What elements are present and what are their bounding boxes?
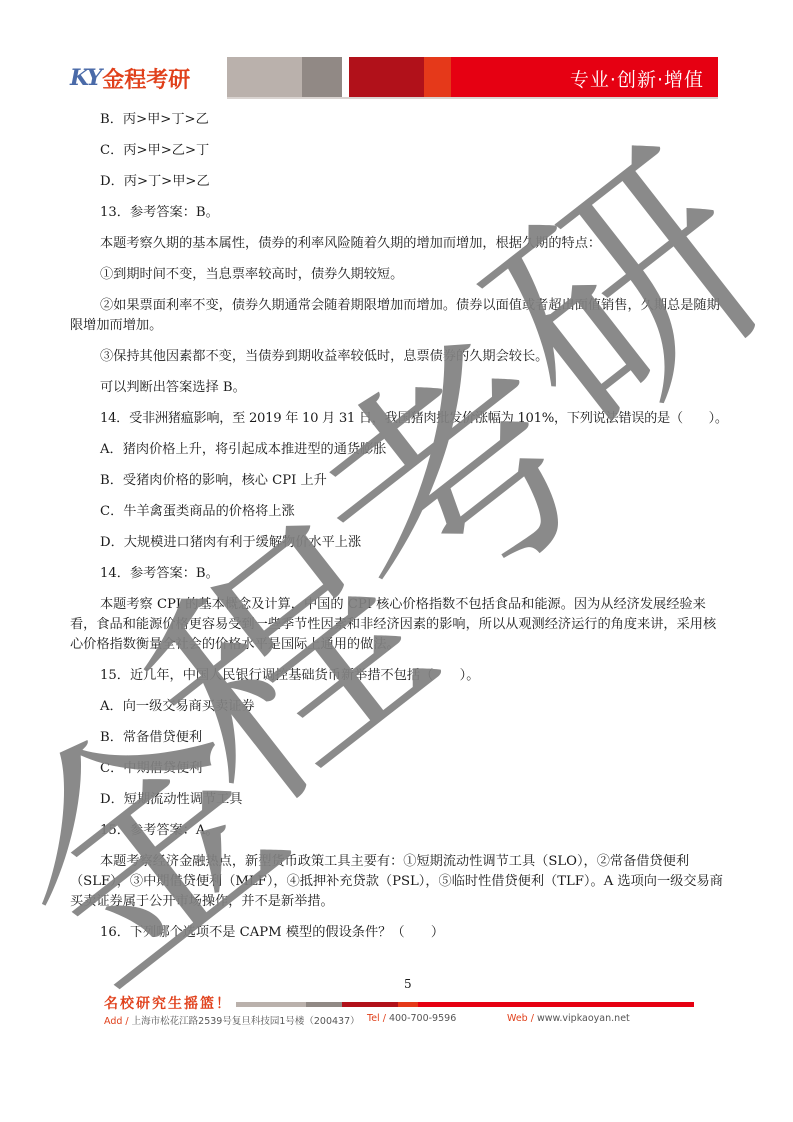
address-value: 上海市松花江路2539号复旦科技园1号楼（200437） <box>132 1016 360 1027</box>
explanation-q14: 本题考察 CPI 的基本概念及计算，中国的 CPI 核心价格指数不包括食品和能源… <box>70 595 725 655</box>
logo-mark-icon: KY <box>70 65 100 91</box>
option-q14-a: A．猪肉价格上升，将引起成本推进型的通货膨胀 <box>70 440 725 460</box>
option-q14-c: C．牛羊禽蛋类商品的价格将上涨 <box>70 502 725 522</box>
question-16: 16．下列哪个选项不是 CAPM 模型的假设条件？（ ） <box>70 923 725 943</box>
explanation-q13-conclusion: 可以判断出答案选择 B。 <box>70 378 725 398</box>
footer-address: Add / 上海市松花江路2539号复旦科技园1号楼（200437） <box>104 1013 360 1027</box>
explanation-q13-point-3: ③保持其他因素都不变，当债券到期收益率较低时，息票债券的久期会较长。 <box>70 347 725 367</box>
explanation-q13-intro: 本题考察久期的基本属性，债券的利率风险随着久期的增加而增加，根据久期的特点： <box>70 234 725 254</box>
option-q15-b: B．常备借贷便利 <box>70 728 725 748</box>
explanation-q13-point-1: ①到期时间不变，当息票率较高时，债券久期较短。 <box>70 265 725 285</box>
option-q14-d: D．大规模进口猪肉有利于缓解物价水平上涨 <box>70 533 725 553</box>
footer-slogan: 名校研究生摇篮！ <box>104 993 232 1013</box>
answer-q14: 14．参考答案：B。 <box>70 564 725 584</box>
question-15: 15．近几年，中国人民银行调控基础货币新举措不包括（ ）。 <box>70 666 725 686</box>
footer-telephone: Tel / 400-700-9596 <box>367 1013 456 1024</box>
header-band-dark-gray <box>302 57 342 97</box>
document-body: B．丙>甲>丁>乙 C．丙>甲>乙>丁 D．丙>丁>甲>乙 13．参考答案：B。… <box>70 110 725 943</box>
footer-band-dark-gray <box>306 1002 342 1007</box>
option-q12-c: C．丙>甲>乙>丁 <box>70 141 725 161</box>
page-header: KY 金程考研 专业·创新·增值 <box>70 57 718 99</box>
header-band-red: 专业·创新·增值 <box>451 57 718 97</box>
footer-band-orange <box>398 1002 418 1007</box>
address-label: Add / <box>104 1016 129 1027</box>
brand-logo: KY 金程考研 <box>70 57 240 99</box>
footer-band-light-gray <box>236 1002 306 1007</box>
question-14: 14．受非洲猪瘟影响，至 2019 年 10 月 31 日，我国猪肉批发价涨幅为… <box>70 409 725 429</box>
answer-q15: 15．参考答案：A。 <box>70 821 725 841</box>
option-q15-a: A．向一级交易商买卖证券 <box>70 697 725 717</box>
header-band-dark-red <box>349 57 424 97</box>
page-footer: 名校研究生摇篮！ Add / 上海市松花江路2539号复旦科技园1号楼（2004… <box>104 993 694 1029</box>
header-band-light-gray <box>227 57 302 97</box>
explanation-q15: 本题考察经济金融热点，新型货币政策工具主要有：①短期流动性调节工具（SLO），②… <box>70 852 725 912</box>
telephone-value: 400-700-9596 <box>389 1013 456 1024</box>
header-band-orange <box>424 57 451 97</box>
footer-band-red <box>418 1002 694 1007</box>
website-value: www.vipkaoyan.net <box>537 1013 630 1024</box>
header-slogan: 专业·创新·增值 <box>570 65 704 92</box>
page-number: 5 <box>404 977 412 991</box>
option-q12-d: D．丙>丁>甲>乙 <box>70 172 725 192</box>
option-q12-b: B．丙>甲>丁>乙 <box>70 110 725 130</box>
header-band-shadow <box>227 97 718 99</box>
option-q14-b: B．受猪肉价格的影响，核心 CPI 上升 <box>70 471 725 491</box>
website-label: Web / <box>507 1013 534 1024</box>
answer-q13: 13．参考答案：B。 <box>70 203 725 223</box>
footer-website: Web / www.vipkaoyan.net <box>507 1013 630 1024</box>
explanation-q13-point-2: ②如果票面利率不变，债券久期通常会随着期限增加而增加。债券以面值或者超出面值销售… <box>70 296 725 336</box>
logo-text: 金程考研 <box>102 63 190 94</box>
option-q15-c: C．中期借贷便利 <box>70 759 725 779</box>
footer-band-dark-red <box>342 1002 398 1007</box>
telephone-label: Tel / <box>367 1013 386 1024</box>
option-q15-d: D．短期流动性调节工具 <box>70 790 725 810</box>
